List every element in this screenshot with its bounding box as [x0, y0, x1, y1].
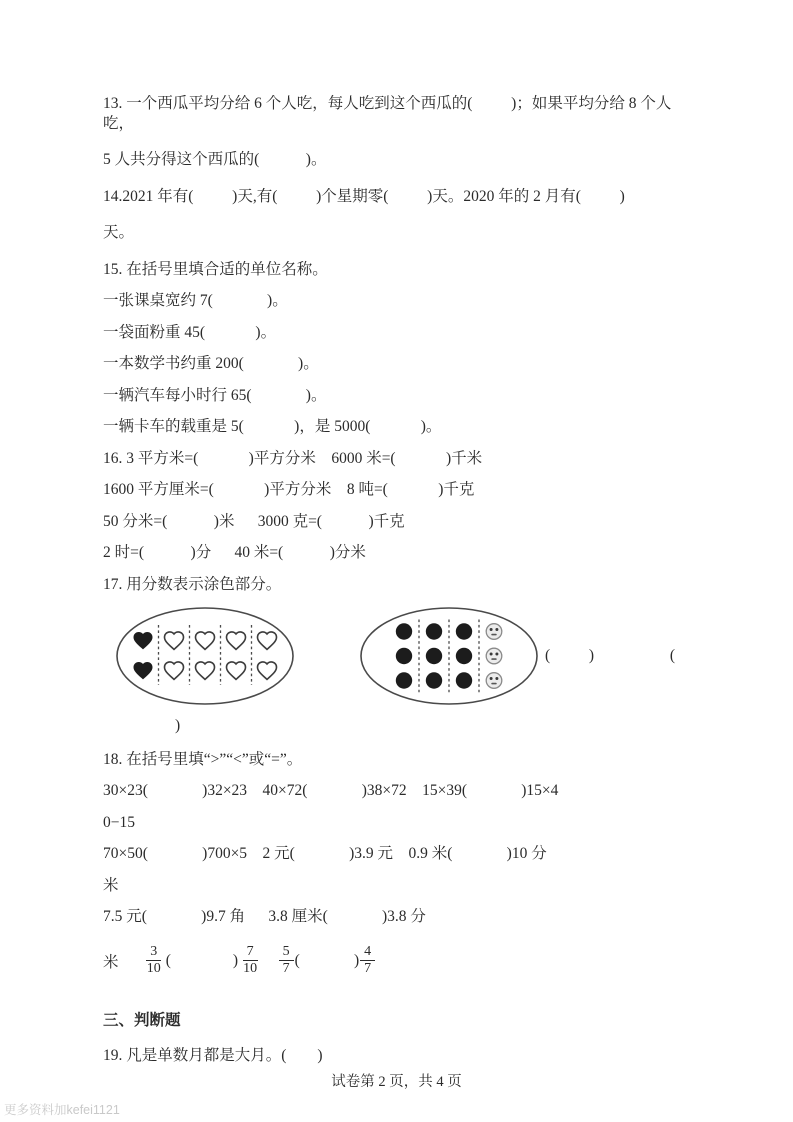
- q18-row-2: 0−15: [103, 813, 681, 833]
- q18-frac-blank-2: ( ): [295, 952, 360, 970]
- fraction-3-10: 310: [143, 944, 165, 977]
- q14-line-1: 14.2021 年有( )天,有( )个星期零( )天。2020 年的 2 月有…: [103, 187, 681, 207]
- fraction-denominator: 7: [279, 961, 294, 977]
- fraction-denominator: 10: [143, 961, 165, 977]
- fraction-7-10: 710: [239, 944, 261, 977]
- q15-item-5: 一辆卡车的载重是 5( )，是 5000( )。: [103, 417, 681, 437]
- fraction-numerator: 3: [146, 944, 161, 961]
- hearts-oval-figure: [115, 606, 295, 706]
- fraction-numerator: 4: [360, 944, 375, 961]
- q17-prompt: 17. 用分数表示涂色部分。: [103, 575, 681, 595]
- question-14: 14.2021 年有( )天,有( )个星期零( )天。2020 年的 2 月有…: [103, 187, 681, 243]
- q16-line-4: 2 时=( )分 40 米=( )分米: [103, 543, 681, 563]
- q17-close-paren-line: ): [175, 716, 681, 736]
- q15-item-4: 一辆汽车每小时行 65( )。: [103, 386, 681, 406]
- q17-answer-blank: ( ): [545, 647, 594, 665]
- fraction-numerator: 5: [279, 944, 294, 961]
- q16-line-3: 50 分米=( )米 3000 克=( )千克: [103, 512, 681, 532]
- q15-item-1: 一张课桌宽约 7( )。: [103, 291, 681, 311]
- q18-frac-lead: 米: [103, 950, 119, 972]
- q18-frac-blank-1: ( ): [166, 952, 238, 970]
- q18-fraction-row: 米 310 ( ) 710 57 ( ) 47: [103, 939, 681, 983]
- question-17: 17. 用分数表示涂色部分。 ( ) ( ): [103, 575, 681, 736]
- q18-row-4: 米: [103, 876, 681, 896]
- question-18: 18. 在括号里填“>”“<”或“=”。 30×23( )32×23 40×72…: [103, 750, 681, 983]
- exam-scan-page: { "theme": {"ink": "#2b2b2b", "watermark…: [0, 0, 793, 1122]
- spacer: [119, 952, 142, 970]
- q15-item-2: 一袋面粉重 45( )。: [103, 323, 681, 343]
- section-judgement: 三、判断题 19. 凡是单数月都是大月。( ): [103, 1011, 681, 1066]
- fraction-numerator: 7: [243, 944, 258, 961]
- q16-line-1: 16. 3 平方米=( )平方分米 6000 米=( )千米: [103, 449, 681, 469]
- exam-content: 13. 一个西瓜平均分给 6 个人吃，每人吃到这个西瓜的( )；如果平均分给 8…: [103, 94, 681, 1078]
- watermark-text: 更多资料加kefei1121: [4, 1100, 120, 1118]
- q16-line-2: 1600 平方厘米=( )平方分米 8 吨=( )千克: [103, 480, 681, 500]
- question-13: 13. 一个西瓜平均分给 6 个人吃，每人吃到这个西瓜的( )；如果平均分给 8…: [103, 94, 681, 170]
- dots-oval-figure: [359, 606, 539, 706]
- q13-line-1: 13. 一个西瓜平均分给 6 个人吃，每人吃到这个西瓜的( )；如果平均分给 8…: [103, 94, 681, 133]
- fraction-denominator: 7: [360, 961, 375, 977]
- question-15: 15. 在括号里填合适的单位名称。 一张课桌宽约 7( )。 一袋面粉重 45(…: [103, 260, 681, 437]
- q17-open-paren: (: [670, 647, 675, 665]
- q18-prompt: 18. 在括号里填“>”“<”或“=”。: [103, 750, 681, 770]
- q18-row-1: 30×23( )32×23 40×72( )38×72 15×39( )15×4: [103, 781, 681, 801]
- q18-row-3: 70×50( )700×5 2 元( )3.9 元 0.9 米( )10 分: [103, 844, 681, 864]
- q13-line-2: 5 人共分得这个西瓜的( )。: [103, 150, 681, 170]
- fraction-denominator: 10: [239, 961, 261, 977]
- fraction-4-7: 47: [360, 944, 375, 977]
- q15-item-3: 一本数学书约重 200( )。: [103, 354, 681, 374]
- q14-line-2: 天。: [103, 223, 681, 243]
- q15-prompt: 15. 在括号里填合适的单位名称。: [103, 260, 681, 280]
- q17-figures-row: ( ) (: [103, 606, 681, 706]
- fraction-5-7: 57: [279, 944, 294, 977]
- q19-line: 19. 凡是单数月都是大月。( ): [103, 1046, 681, 1066]
- question-16: 16. 3 平方米=( )平方分米 6000 米=( )千米 1600 平方厘米…: [103, 449, 681, 563]
- spacer: [262, 952, 278, 970]
- section-3-title: 三、判断题: [103, 1011, 681, 1031]
- page-footer: 试卷第 2 页，共 4 页: [0, 1070, 793, 1091]
- q18-row-5: 7.5 元( )9.7 角 3.8 厘米( )3.8 分: [103, 907, 681, 927]
